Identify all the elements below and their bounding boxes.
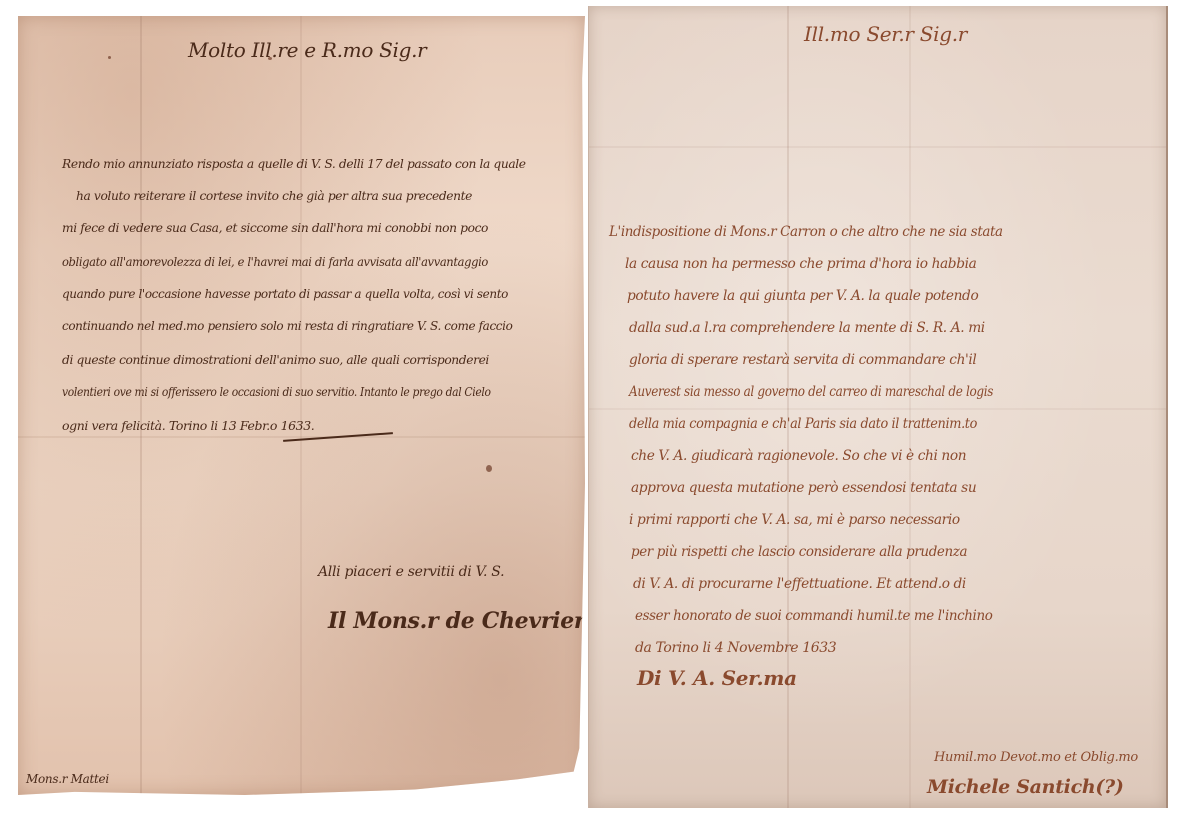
- paper-fold-line: [140, 16, 142, 795]
- right-letter-line: dalla sud.a l.ra comprehendere la mente …: [629, 320, 985, 336]
- right-letter-line: approva questa mutatione però essendosi …: [631, 480, 976, 496]
- right-letter-line: per più rispetti che lascio considerare …: [631, 544, 967, 560]
- left-letter-signature: Il Mons.r de Chevrier(?): [328, 608, 585, 634]
- left-letter-line: mi fece di vedere sua Casa, et siccome s…: [62, 220, 488, 235]
- left-letter-closing: Alli piaceri e servitii di V. S.: [318, 564, 504, 580]
- left-letter-salutation: Molto Ill.re e R.mo Sig.r: [188, 38, 426, 62]
- paper-fold-line: [909, 6, 911, 808]
- paper-stain: [108, 56, 111, 59]
- right-letter-salutation: Ill.mo Ser.r Sig.r: [804, 22, 967, 46]
- left-letter-line: volentieri ove mi si offerissero le occa…: [62, 384, 491, 399]
- right-letter-line: esser honorato de suoi commandi humil.te…: [635, 608, 992, 624]
- left-letter-line: di queste continue dimostrationi dell'an…: [62, 352, 489, 367]
- right-letter-line: i primi rapporti che V. A. sa, mi è pars…: [629, 512, 960, 528]
- right-letter-sheet: Ill.mo Ser.r Sig.r L'indispositione di M…: [588, 6, 1168, 808]
- right-letter-line: la causa non ha permesso che prima d'hor…: [625, 256, 976, 272]
- paper-fold-line: [589, 146, 1166, 148]
- left-letter-line: ha voluto reiterare il cortese invito ch…: [76, 188, 472, 203]
- left-letter-sheet: Molto Ill.re e R.mo Sig.r Rendo mio annu…: [18, 16, 585, 795]
- paper-fold-line: [589, 408, 1166, 410]
- paper-fold-line: [300, 16, 302, 795]
- right-letter-line: Auverest sia messo al governo del carreo…: [629, 384, 993, 400]
- left-letter-line: quando pure l'occasione havesse portato …: [62, 286, 508, 301]
- ink-blot: [486, 465, 492, 472]
- right-letter-line: di V. A. di procurarne l'effettuatione. …: [633, 576, 966, 592]
- right-letter-line: gloria di sperare restarà servita di com…: [629, 352, 976, 368]
- left-letter-line: ogni vera felicità. Torino li 13 Febr.o …: [62, 418, 314, 433]
- right-letter-line: della mia compagnia e ch'al Paris sia da…: [629, 416, 977, 432]
- left-letter-line: Rendo mio annunziato risposta a quelle d…: [62, 156, 526, 171]
- left-letter-line: continuando nel med.mo pensiero solo mi …: [62, 318, 512, 333]
- right-letter-line: che V. A. giudicarà ragionevole. So che …: [631, 448, 966, 464]
- right-letter-closing-abbrev: Di V. A. Ser.ma: [637, 666, 797, 690]
- right-letter-signature: Michele Santich(?): [927, 776, 1124, 798]
- right-letter-line: potuto havere la qui giunta per V. A. la…: [627, 288, 978, 304]
- right-letter-line: da Torino li 4 Novembre 1633: [635, 640, 836, 656]
- right-letter-line: L'indispositione di Mons.r Carron o che …: [609, 224, 1003, 240]
- left-letter-line: obligato all'amorevolezza di lei, e l'ha…: [62, 254, 488, 269]
- right-letter-closing: Humil.mo Devot.mo et Oblig.mo: [934, 750, 1138, 765]
- left-letter-address: Mons.r Mattei: [26, 772, 109, 786]
